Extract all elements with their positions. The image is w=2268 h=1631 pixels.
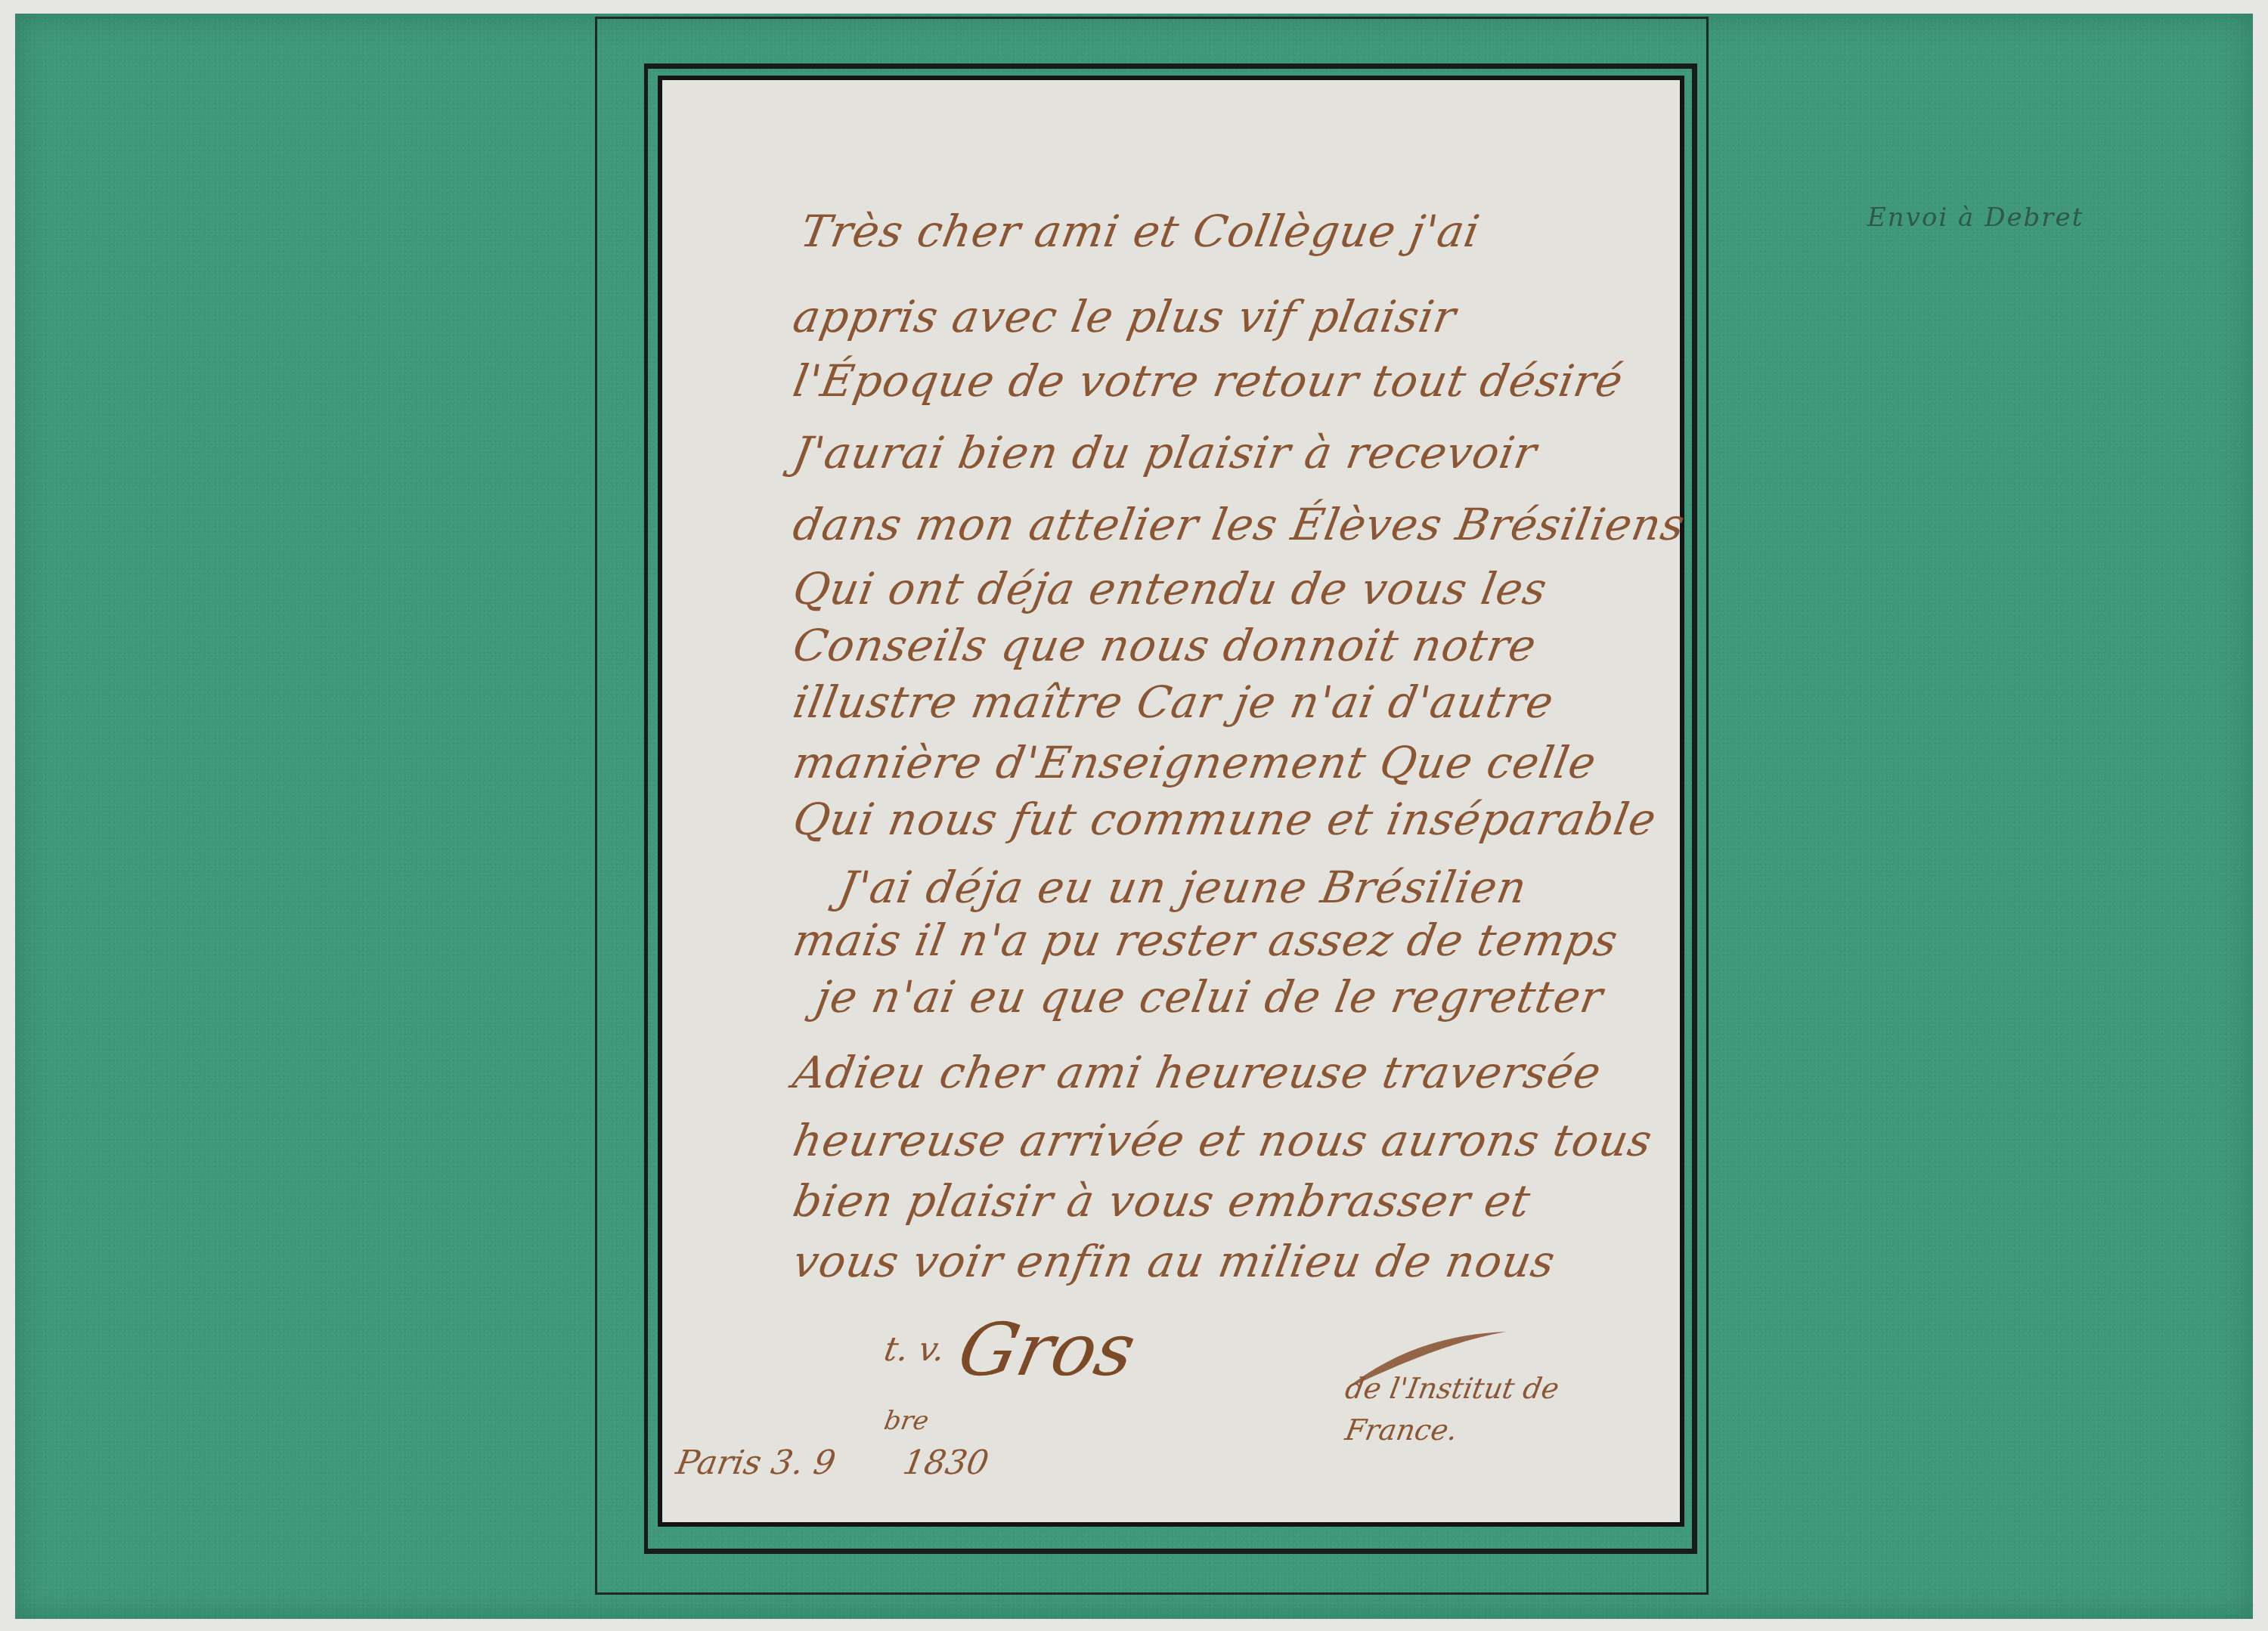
letter-line: dans mon attelier les Élèves Brésiliens (789, 499, 1689, 550)
letter-line: Très cher ami et Collègue j'ai (797, 206, 1484, 257)
closing-abbrev: t. v. (881, 1330, 948, 1369)
date-place: Paris 3. 9 (674, 1444, 838, 1482)
letter-line: je n'ai eu que celui de le regretter (812, 971, 1607, 1023)
letter-line: Qui nous fut commune et inséparable (789, 794, 1660, 845)
letter-line: J'aurai bien du plaisir à recevoir (789, 427, 1541, 478)
signature-title-line-1: de l'Institut de (1343, 1372, 1562, 1405)
signature: Gros (951, 1308, 1142, 1392)
letter-line: Adieu cher ami heureuse traversée (789, 1047, 1605, 1098)
letter-line: l'Époque de votre retour tout désiré (789, 355, 1627, 407)
letter-line: bien plaisir à vous embrasser et (789, 1175, 1535, 1227)
pencil-annotation: Envoi à Debret (1867, 203, 2084, 233)
letter-line: heureuse arrivée et nous aurons tous (789, 1115, 1656, 1166)
letter-line: vous voir enfin au milieu de nous (789, 1236, 1560, 1287)
letter-line: J'ai déja eu un jeune Brésilien (835, 862, 1531, 913)
date-month-superscript: bre (881, 1406, 931, 1436)
date-year: 1830 (900, 1444, 992, 1482)
letter-line: illustre maître Car je n'ai d'autre (789, 676, 1558, 728)
letter-line: mais il n'a pu rester assez de temps (789, 915, 1622, 966)
letter-line: manière d'Enseignement Que celle (789, 737, 1600, 788)
letter-line: appris avec le plus vif plaisir (789, 291, 1461, 342)
letter-line: Qui ont déja entendu de vous les (789, 563, 1551, 614)
signature-title-line-2: France. (1343, 1413, 1460, 1447)
letter-line: Conseils que nous donnoit notre (789, 620, 1541, 671)
